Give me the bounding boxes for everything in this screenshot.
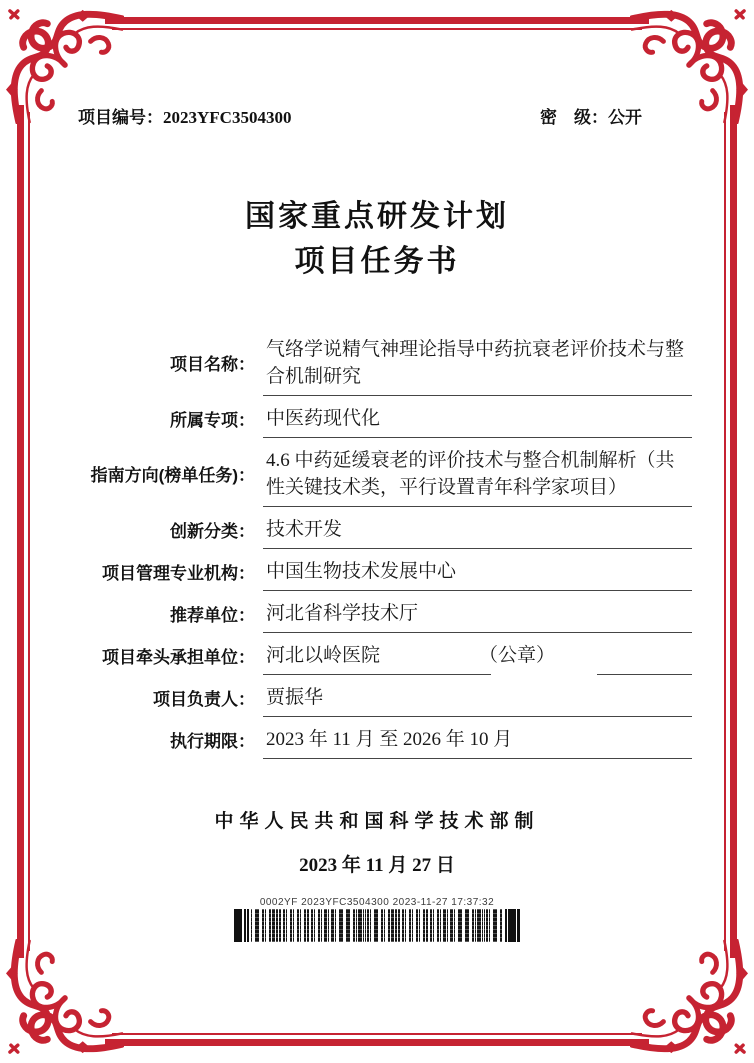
field-label: 所属专项：	[62, 406, 255, 431]
lead-unit-name: 河北以岭医院	[263, 635, 491, 675]
barcode-caption: 0002YF 2023YFC3504300 2023-11-27 17:37:3…	[0, 897, 754, 908]
form-row-recommending-unit: 推荐单位： 河北省科学技术厅	[62, 593, 692, 633]
form-row-execution-period: 执行期限： 2023 年 11 月 至 2026 年 10 月	[62, 719, 692, 759]
field-label: 执行期限：	[62, 727, 255, 752]
corner-flourish-icon	[6, 939, 124, 1057]
field-label: 项目牵头承担单位：	[62, 643, 255, 668]
barcode	[234, 909, 520, 942]
field-label: 项目名称：	[62, 350, 255, 375]
border-innerline-top	[112, 28, 642, 30]
field-value: 中医药现代化	[263, 398, 692, 438]
project-number-label: 项目编号：	[78, 108, 163, 127]
title-line2: 项目任务书	[0, 239, 754, 284]
border-frame-top	[105, 17, 649, 24]
project-number: 项目编号：2023YFC3504300	[78, 103, 291, 128]
form-row-project-leader: 项目负责人： 贾振华	[62, 677, 692, 717]
project-form: 项目名称： 气络学说精气神理论指导中药抗衰老评价技术与整合机制研究 所属专项： …	[62, 329, 692, 761]
field-value: 技术开发	[263, 509, 692, 549]
issuing-authority: 中华人民共和国科学技术部制	[0, 806, 754, 833]
secrecy-label: 密 级：	[540, 108, 608, 127]
border-frame-bottom	[105, 1039, 649, 1046]
barcode-block: 0002YF 2023YFC3504300 2023-11-27 17:37:3…	[0, 897, 754, 942]
field-value: 贾振华	[263, 677, 692, 717]
official-seal-placeholder: （公章）	[479, 635, 555, 675]
field-value: 河北省科学技术厅	[263, 593, 692, 633]
corner-flourish-icon	[630, 6, 748, 124]
header-row: 项目编号：2023YFC3504300 密 级：公开	[78, 103, 642, 128]
project-number-value: 2023YFC3504300	[163, 108, 291, 127]
title-line1: 国家重点研发计划	[0, 194, 754, 239]
secrecy-value: 公开	[608, 108, 642, 127]
form-row-management-agency: 项目管理专业机构： 中国生物技术发展中心	[62, 551, 692, 591]
field-label: 创新分类：	[62, 517, 255, 542]
field-value: 中国生物技术发展中心	[263, 551, 692, 591]
form-row-guide-direction: 指南方向(榜单任务)： 4.6 中药延缓衰老的评价技术与整合机制解析（共性关键技…	[62, 440, 692, 507]
document-page: 项目编号：2023YFC3504300 密 级：公开 国家重点研发计划 项目任务…	[0, 0, 754, 1063]
field-label: 项目管理专业机构：	[62, 559, 255, 584]
field-label: 项目负责人：	[62, 685, 255, 710]
secrecy-level: 密 级：公开	[540, 103, 642, 128]
document-title: 国家重点研发计划 项目任务书	[0, 194, 754, 284]
corner-flourish-icon	[630, 939, 748, 1057]
form-row-special-program: 所属专项： 中医药现代化	[62, 398, 692, 438]
field-value: 2023 年 11 月 至 2026 年 10 月	[263, 719, 692, 759]
field-value: 4.6 中药延缓衰老的评价技术与整合机制解析（共性关键技术类，平行设置青年科学家…	[263, 440, 692, 507]
field-value: 气络学说精气神理论指导中药抗衰老评价技术与整合机制研究	[263, 329, 692, 396]
field-label: 推荐单位：	[62, 601, 255, 626]
issue-date: 2023 年 11 月 27 日	[0, 850, 754, 877]
form-row-lead-unit: 项目牵头承担单位： 河北以岭医院 （公章）	[62, 635, 692, 675]
seal-signature-line	[597, 635, 692, 675]
border-innerline-bottom	[112, 1033, 642, 1035]
form-row-project-name: 项目名称： 气络学说精气神理论指导中药抗衰老评价技术与整合机制研究	[62, 329, 692, 396]
field-value: 河北以岭医院 （公章）	[263, 635, 692, 675]
field-label: 指南方向(榜单任务)：	[62, 461, 255, 486]
form-row-innovation-category: 创新分类： 技术开发	[62, 509, 692, 549]
